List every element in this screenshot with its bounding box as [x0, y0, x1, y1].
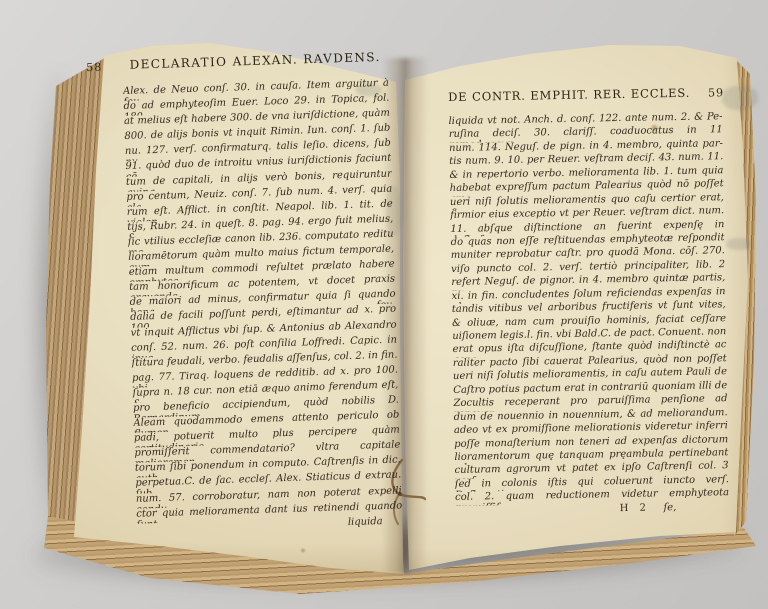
right-catchword: ſe, [663, 502, 676, 513]
right-page-content: DE CONTR. EMPHIT. RER. ECCLES. 59 liquid… [448, 85, 729, 519]
left-text-block: Alex. de Neuo conſ. 30. in cauſa. Item a… [123, 78, 403, 524]
signature-mark: H 2 [620, 502, 650, 514]
left-page-content: 58 DECLARATIO ALEXAN. RAVDENS. Alex. de … [122, 50, 403, 539]
pencil-smudge [726, 238, 752, 250]
right-text-block: liquida vt not. Anch. d. conſ. 122. ante… [448, 111, 729, 505]
right-folio: 59 [708, 86, 724, 99]
book-photo: 58 DECLARATIO ALEXAN. RAVDENS. Alex. de … [0, 0, 768, 609]
pencil-smudge [722, 86, 758, 110]
foxing-stain [300, 548, 306, 553]
left-folio: 58 [86, 61, 102, 74]
